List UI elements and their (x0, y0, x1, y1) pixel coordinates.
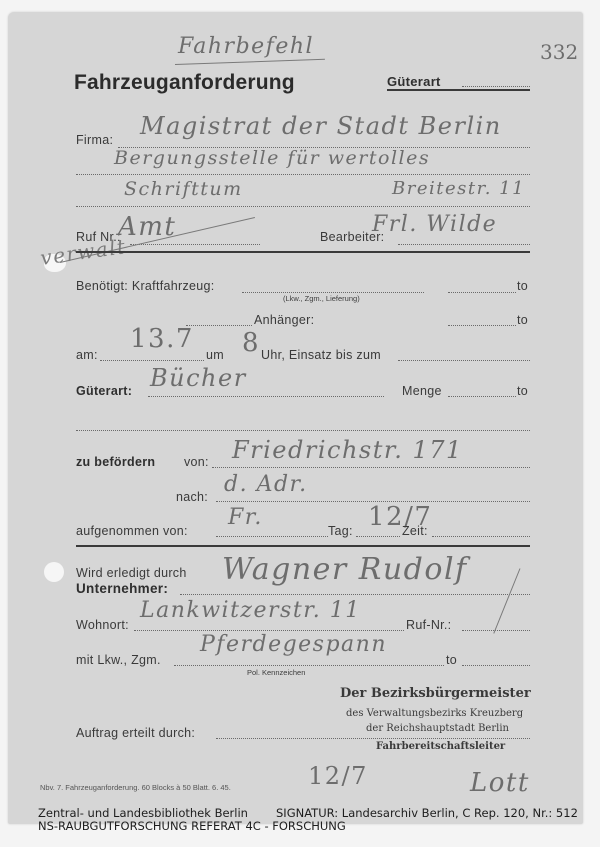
am-line (100, 360, 204, 361)
lkw-unit: to (446, 653, 457, 667)
firma-value-line2[interactable]: Bergungsstelle für wertolles (114, 147, 430, 169)
zeit-line (432, 536, 530, 537)
firma-line2 (76, 174, 530, 175)
stamp-line1: Der Bezirksbürgermeister (340, 686, 531, 701)
wohnort-label: Wohnort: (76, 618, 129, 632)
lkw-line (174, 665, 444, 666)
printer-note: Nbv. 7. Fahrzeuganforderung. 60 Blocks à… (40, 783, 231, 792)
archive-project: NS-RAUBGUTFORSCHUNG REFERAT 4C - FORSCHU… (38, 819, 346, 833)
von-value[interactable]: Friedrichstr. 171 (232, 436, 463, 464)
gueterart-top-label: Güterart (387, 74, 441, 89)
stamp-line2: des Verwaltungsbezirks Kreuzberg (346, 708, 523, 719)
aufgenommen-value[interactable]: Fr. (228, 505, 263, 530)
hour-value[interactable]: 8 (242, 328, 260, 358)
gueterart-label: Güterart: (76, 384, 132, 398)
bottom-signature: Lott (470, 768, 530, 798)
am-date-value[interactable]: 13.7 (130, 324, 194, 354)
auftrag-line (216, 738, 530, 739)
bottom-hand-date: 12/7 (308, 762, 368, 790)
stamp-line4: Fahrbereitschaftsleiter (376, 741, 505, 752)
archive-library: Zentral- und Landesbibliothek Berlin (38, 806, 248, 820)
firma-line3 (76, 206, 530, 207)
lkw-label: mit Lkw., Zgm. (76, 653, 161, 667)
benoetigt-label: Benötigt: Kraftfahrzeug: (76, 279, 215, 293)
gueterart-extra-line (76, 430, 530, 431)
nach-value[interactable]: d. Adr. (224, 472, 308, 497)
aufgenommen-line (216, 536, 328, 537)
anhaenger-label: Anhänger: (254, 313, 314, 327)
gueterart-top-line (462, 86, 530, 87)
menge-unit: to (517, 384, 528, 398)
section-rule-2 (76, 545, 530, 547)
unternehmer-label-line1: Wird erledigt durch (76, 566, 187, 580)
firma-value-line3[interactable]: Schrifttum (124, 178, 243, 200)
wohnort-value[interactable]: Lankwitzerstr. 11 (140, 598, 361, 623)
anhaenger-unit: to (517, 313, 528, 327)
am-label: am: (76, 348, 98, 362)
bearbeiter-value[interactable]: Frl. Wilde (372, 212, 497, 237)
menge-line (448, 396, 516, 397)
benoetigt-unit: to (517, 279, 528, 293)
von-line (212, 467, 530, 468)
firma-label: Firma: (76, 133, 113, 147)
tag-label: Tag: (328, 524, 353, 538)
benoetigt-hint: (Lkw., Zgm., Lieferung) (283, 294, 360, 303)
lkw-hint: Pol. Kennzeichen (247, 668, 305, 677)
lkw-value[interactable]: Pferdegespann (200, 632, 387, 657)
gueterart-value[interactable]: Bücher (150, 364, 247, 392)
nach-label: nach: (176, 490, 208, 504)
stamp-line3: der Reichshauptstadt Berlin (366, 723, 509, 734)
page-number: 332 (540, 40, 578, 64)
von-label: von: (184, 455, 209, 469)
auftrag-label: Auftrag erteilt durch: (76, 726, 195, 740)
wohnort-ruf-label: Ruf-Nr.: (406, 618, 451, 632)
gueterart-line (148, 396, 384, 397)
aufgenommen-label: aufgenommen von: (76, 524, 188, 538)
bearbeiter-line (398, 244, 530, 245)
lkw-to-line (462, 665, 530, 666)
anhaenger-to-line (448, 325, 516, 326)
zeit-label: Zeit: (402, 524, 428, 538)
unternehmer-value[interactable]: Wagner Rudolf (222, 552, 468, 587)
einsatz-line (398, 360, 530, 361)
section-rule-1 (76, 251, 530, 253)
benoetigt-to-line (448, 292, 516, 293)
wohnort-line (134, 630, 404, 631)
unternehmer-label-line2: Unternehmer: (76, 581, 168, 596)
uhr-label: Uhr, Einsatz bis zum (261, 348, 381, 362)
tag-line (356, 536, 400, 537)
zu-befoerdern-label: zu befördern (76, 455, 155, 469)
firma-value-line3-right[interactable]: Breitestr. 11 (392, 178, 525, 199)
punch-hole-bottom (44, 562, 64, 582)
firma-value-line1[interactable]: Magistrat der Stadt Berlin (140, 112, 502, 140)
handwritten-title-overlay: Fahrbefehl (178, 34, 314, 59)
anhaenger-line (186, 325, 252, 326)
um-label: um (206, 348, 224, 362)
wohnort-ruf-line (462, 630, 530, 631)
ruf-nr-line (130, 244, 260, 245)
unternehmer-line (180, 594, 530, 595)
header-rule (387, 89, 530, 91)
form-title: Fahrzeuganforderung (74, 71, 295, 95)
benoetigt-line (242, 292, 424, 293)
menge-label: Menge (402, 384, 442, 398)
archive-signatur: SIGNATUR: Landesarchiv Berlin, C Rep. 12… (276, 806, 578, 820)
